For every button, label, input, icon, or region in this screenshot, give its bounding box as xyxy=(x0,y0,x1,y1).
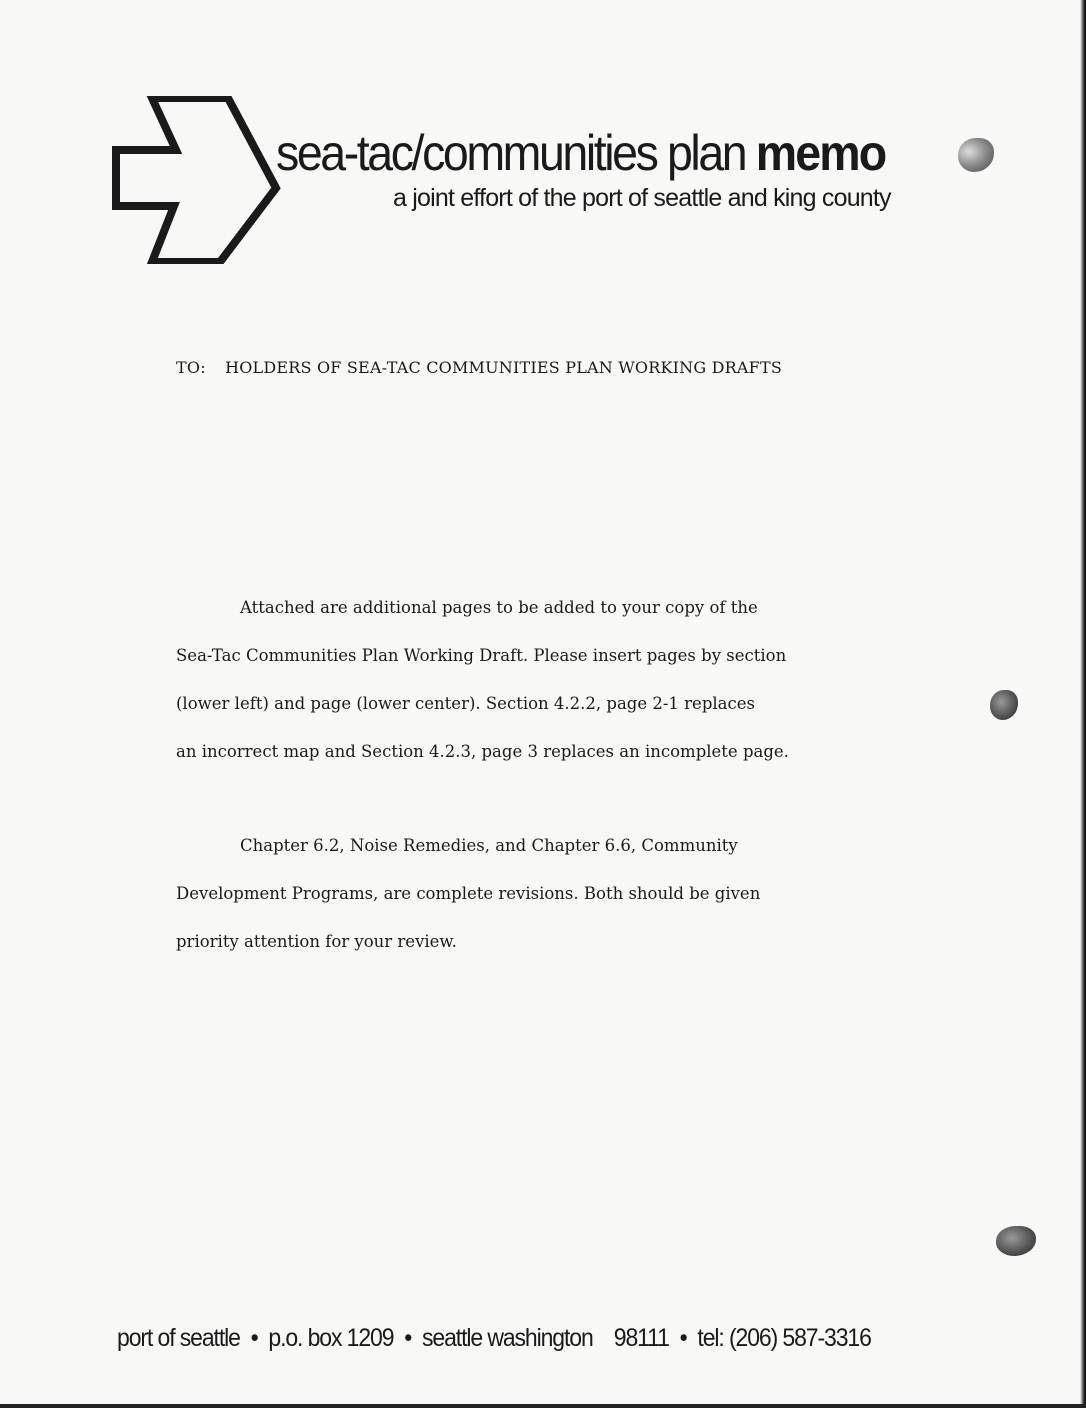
body-paragraph-2: Chapter 6.2, Noise Remedies, and Chapter… xyxy=(176,822,916,966)
memo-title: sea-tac/communities plan memo xyxy=(276,128,885,178)
footer-city-state: seattle washington xyxy=(422,1324,593,1352)
addressee-line: TO: HOLDERS OF SEA-TAC COMMUNITIES PLAN … xyxy=(176,358,782,377)
punch-hole-mark xyxy=(958,138,994,172)
paragraph-line: Sea-Tac Communities Plan Working Draft. … xyxy=(176,632,916,680)
page-edge-shadow xyxy=(1080,0,1086,1408)
page-bottom-edge xyxy=(0,1404,1086,1408)
punch-hole-mark xyxy=(990,690,1018,720)
memo-title-bold: memo xyxy=(756,125,886,181)
memo-title-main: sea-tac/communities plan xyxy=(276,125,745,181)
footer-address: port of seattle • p.o. box 1209 • seattl… xyxy=(117,1324,871,1353)
bullet-separator: • xyxy=(251,1324,258,1352)
arrow-bracket-logo-icon xyxy=(112,96,282,264)
addressee-label: TO: xyxy=(176,358,206,377)
bullet-separator: • xyxy=(680,1324,687,1352)
bullet-separator: • xyxy=(404,1324,411,1352)
punch-hole-mark xyxy=(996,1226,1036,1256)
paragraph-line: Chapter 6.2, Noise Remedies, and Chapter… xyxy=(176,822,916,870)
paragraph-line: (lower left) and page (lower center). Se… xyxy=(176,680,916,728)
paragraph-line: Attached are additional pages to be adde… xyxy=(176,584,916,632)
paragraph-line: priority attention for your review. xyxy=(176,918,916,966)
footer-organization: port of seattle xyxy=(117,1324,240,1352)
footer-po-box: p.o. box 1209 xyxy=(268,1324,393,1352)
body-paragraph-1: Attached are additional pages to be adde… xyxy=(176,584,916,776)
paragraph-line: an incorrect map and Section 4.2.3, page… xyxy=(176,728,916,776)
footer-zip: 98111 xyxy=(614,1324,669,1352)
paragraph-line: Development Programs, are complete revis… xyxy=(176,870,916,918)
memo-subtitle: a joint effort of the port of seattle an… xyxy=(393,186,891,211)
footer-phone: tel: (206) 587-3316 xyxy=(697,1324,870,1352)
addressee-value: HOLDERS OF SEA-TAC COMMUNITIES PLAN WORK… xyxy=(225,358,782,377)
